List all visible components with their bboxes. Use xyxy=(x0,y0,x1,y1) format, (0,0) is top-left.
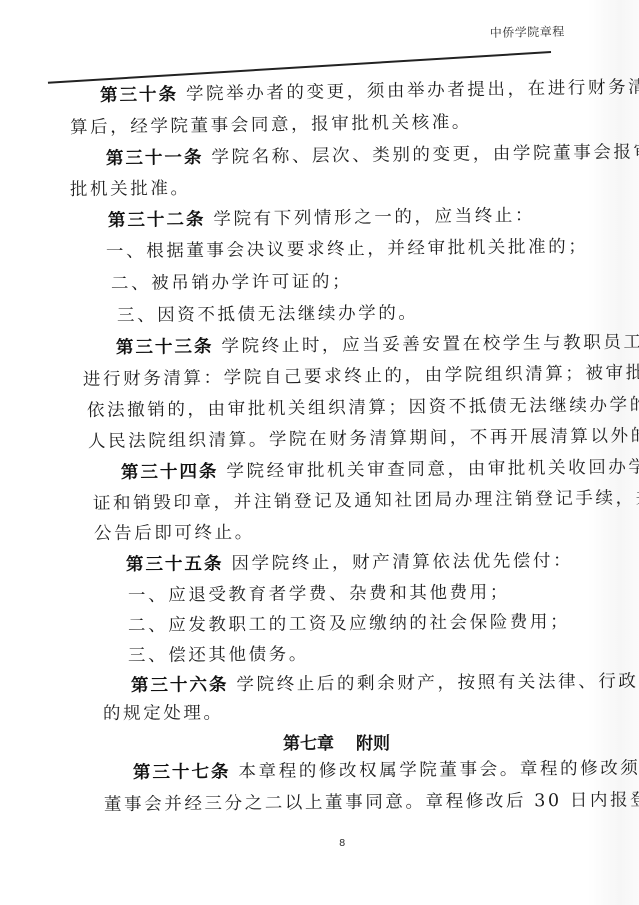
text-line: 依法撤销的，由审批机关组织清算；因资不抵债无法继续办学的，由 xyxy=(87,394,639,422)
article-number: 第三十七条 xyxy=(133,762,231,783)
line-text: 三、偿还其他债务。 xyxy=(128,645,309,666)
line-text: 学院有下列情形之一的，应当终止： xyxy=(213,206,535,230)
chapter-number: 第七章 xyxy=(283,734,334,754)
article-number: 第三十二条 xyxy=(108,210,206,231)
article-number: 第三十四条 xyxy=(121,462,219,483)
line-text: 公告后即可终止。 xyxy=(94,523,255,544)
text-line: 的规定处理。 xyxy=(103,702,224,725)
chapter-title: 附则 xyxy=(356,734,390,754)
text-line: 算后，经学院董事会同意，报审批机关核准。 xyxy=(70,111,472,139)
article-line: 第三十四条学院经审批机关审查同意，由审批机关收回办学许可 xyxy=(121,456,639,484)
line-text: 人民法院组织清算。学院在财务清算期间，不再开展清算以外的活动。 xyxy=(88,425,639,452)
line-text: 一、应退受教育者学费、杂费和其他费用； xyxy=(128,583,510,606)
text-line: 公告后即可终止。 xyxy=(94,522,255,545)
text-line: 二、被吊销办学许可证的； xyxy=(111,271,352,295)
line-text: 的规定处理。 xyxy=(103,703,224,724)
line-text: 依法撤销的，由审批机关组织清算；因资不抵债无法继续办学的，由 xyxy=(87,395,639,421)
article-number: 第三十五条 xyxy=(126,554,224,575)
article-line: 第三十一条学院名称、层次、类别的变更，由学院董事会报审 xyxy=(106,141,639,170)
article-line: 第三十七条本章程的修改权属学院董事会。章程的修改须召开 xyxy=(133,757,639,784)
line-text: 学院举办者的变更，须由举办者提出，在进行财务清 xyxy=(186,77,639,104)
text-line: 二、应发教职工的工资及应缴纳的社会保险费用； xyxy=(128,611,570,637)
article-number: 第三十一条 xyxy=(106,148,204,169)
line-text: 本章程的修改权属学院董事会。章程的修改须召开 xyxy=(238,758,639,782)
text-line: 批机关批准。 xyxy=(70,178,191,201)
text-line: 三、因资不抵债无法继续办学的。 xyxy=(117,302,419,327)
article-number: 第三十三条 xyxy=(116,337,214,358)
text-line: 一、根据董事会决议要求终止，并经审批机关批准的； xyxy=(106,236,589,263)
line-text: 因学院终止，财产清算依法优先偿付： xyxy=(231,551,573,574)
text-line: 董事会并经三分之二以上董事同意。章程修改后 30 日内报登记管理 xyxy=(104,789,639,816)
text-line: 三、偿还其他债务。 xyxy=(128,644,309,667)
article-line: 第三十条学院举办者的变更，须由举办者提出，在进行财务清 xyxy=(100,76,639,107)
line-text: 三、因资不抵债无法继续办学的。 xyxy=(117,303,419,326)
article-number: 第三十条 xyxy=(100,85,178,106)
article-line: 第三十六条学院终止后的剩余财产，按照有关法律、行政法规 xyxy=(131,670,639,697)
chapter-heading: 第七章附则 xyxy=(283,729,390,754)
line-text: 学院经审批机关审查同意，由审批机关收回办学许可 xyxy=(226,457,639,482)
line-text: 证和销毁印章，并注销登记及通知社团局办理注销登记手续，并予以 xyxy=(93,488,639,514)
line-text: 二、被吊销办学许可证的； xyxy=(111,272,352,294)
text-line: 证和销毁印章，并注销登记及通知社团局办理注销登记手续，并予以 xyxy=(93,487,639,515)
line-text: 二、应发教职工的工资及应缴纳的社会保险费用； xyxy=(128,612,570,636)
article-number: 第三十六条 xyxy=(131,675,229,696)
scanned-page: 中侨学院章程 第三十条学院举办者的变更，须由举办者提出，在进行财务清算后，经学院… xyxy=(0,0,639,905)
line-text: 进行财务清算：学院自己要求终止的，由学院组织清算；被审批机关 xyxy=(83,363,639,390)
running-header: 中侨学院章程 xyxy=(490,22,565,41)
line-text: 学院名称、层次、类别的变更，由学院董事会报审 xyxy=(211,142,639,167)
line-text: 董事会并经三分之二以上董事同意。章程修改后 30 日内报登记管理 xyxy=(104,790,639,815)
line-text: 批机关批准。 xyxy=(70,179,191,200)
page-number: 8 xyxy=(339,838,345,849)
line-text: 学院终止时，应当妥善安置在校学生与教职员工； xyxy=(221,332,639,357)
line-text: 一、根据董事会决议要求终止，并经审批机关批准的； xyxy=(106,237,589,262)
text-line: 人民法院组织清算。学院在财务清算期间，不再开展清算以外的活动。 xyxy=(88,424,639,453)
article-line: 第三十三条学院终止时，应当妥善安置在校学生与教职员工； xyxy=(116,331,639,359)
article-line: 第三十五条因学院终止，财产清算依法优先偿付： xyxy=(126,550,573,576)
line-text: 学院终止后的剩余财产，按照有关法律、行政法规 xyxy=(236,671,639,695)
text-line: 一、应退受教育者学费、杂费和其他费用； xyxy=(128,582,510,607)
article-line: 第三十二条学院有下列情形之一的，应当终止： xyxy=(108,205,535,232)
line-text: 算后，经学院董事会同意，报审批机关核准。 xyxy=(70,112,472,138)
text-line: 进行财务清算：学院自己要求终止的，由学院组织清算；被审批机关 xyxy=(83,362,639,391)
